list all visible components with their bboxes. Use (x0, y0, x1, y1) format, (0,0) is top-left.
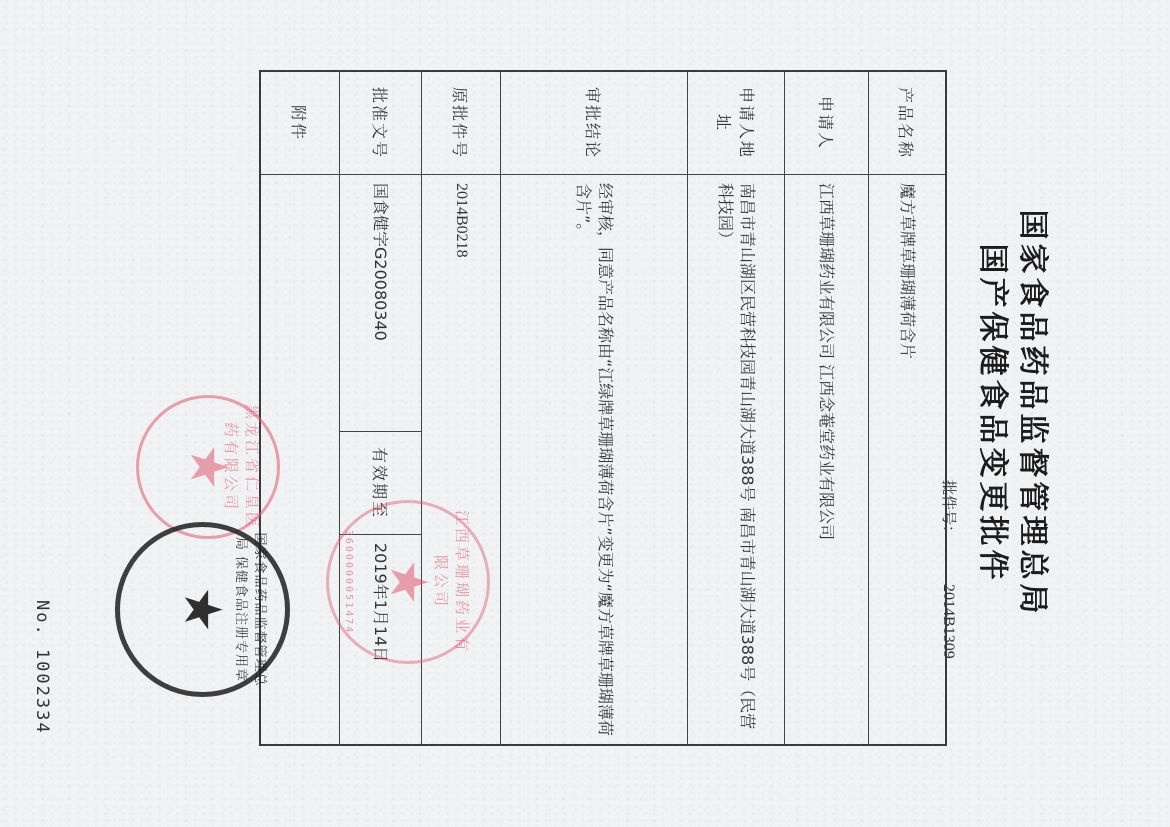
table-row-approval-doc-no: 批准文号 国食健字G20080340 有效期至 2019年1月14日 (340, 71, 422, 745)
label-product-name: 产品名称 (869, 71, 947, 175)
value-conclusion: 经审核，同意产品名称由“江绿牌草珊瑚薄荷含片”变更为“魔方草牌草珊瑚薄荷含片”。 (501, 175, 688, 746)
serial-number: No. 1002334 (32, 600, 52, 735)
star-icon: ★ (182, 444, 234, 491)
value-approval-doc-no: 国食健字G20080340 (340, 175, 422, 432)
label-applicant: 申请人 (785, 71, 869, 175)
label-conclusion: 审批结论 (501, 71, 688, 175)
table-row-applicant-address: 申请人地址 南昌市青山湖区民营科技园青山湖大道388号 南昌市青山湖大道388号… (688, 71, 785, 745)
label-attachment: 附件 (260, 71, 340, 175)
label-applicant-address: 申请人地址 (688, 71, 785, 175)
table-row-product-name: 产品名称 魔方草牌草珊瑚薄荷含片 (869, 71, 947, 745)
label-approval-doc-no: 批准文号 (340, 71, 422, 175)
approval-table: 产品名称 魔方草牌草珊瑚薄荷含片 申请人 江西草珊瑚药业有限公司 江西念菴堂药业… (259, 70, 947, 746)
value-valid-until: 2019年1月14日 (340, 535, 422, 746)
approval-document-page: 国家食品药品监督管理总局 国产保健食品变更批件 批件号：2014B1309 产品… (0, 0, 1170, 827)
table-row-original-approval-no: 原批件号 2014B0218 (422, 71, 501, 745)
document-title-type: 国产保健食品变更批件 (974, 0, 1018, 827)
label-valid-until: 有效期至 (340, 432, 422, 535)
heilongjiang-seal-text: 黑龙江省仁皇医药有限公司 (221, 398, 263, 536)
star-icon: ★ (177, 586, 229, 633)
value-original-approval-no: 2014B0218 (422, 175, 501, 746)
value-attachment (260, 175, 340, 746)
value-applicant-address: 南昌市青山湖区民营科技园青山湖大道388号 南昌市青山湖大道388号（民营科技园… (688, 175, 785, 746)
document-title-agency: 国家食品药品监督管理总局 (1014, 0, 1058, 827)
label-original-approval-no: 原批件号 (422, 71, 501, 175)
table-row-applicant: 申请人 江西草珊瑚药业有限公司 江西念菴堂药业有限公司 (785, 71, 869, 745)
value-applicant: 江西草珊瑚药业有限公司 江西念菴堂药业有限公司 (785, 175, 869, 746)
table-row-attachment: 附件 (260, 71, 340, 745)
value-product-name: 魔方草牌草珊瑚薄荷含片 (869, 175, 947, 746)
table-row-conclusion: 审批结论 经审核，同意产品名称由“江绿牌草珊瑚薄荷含片”变更为“魔方草牌草珊瑚薄… (501, 71, 688, 745)
